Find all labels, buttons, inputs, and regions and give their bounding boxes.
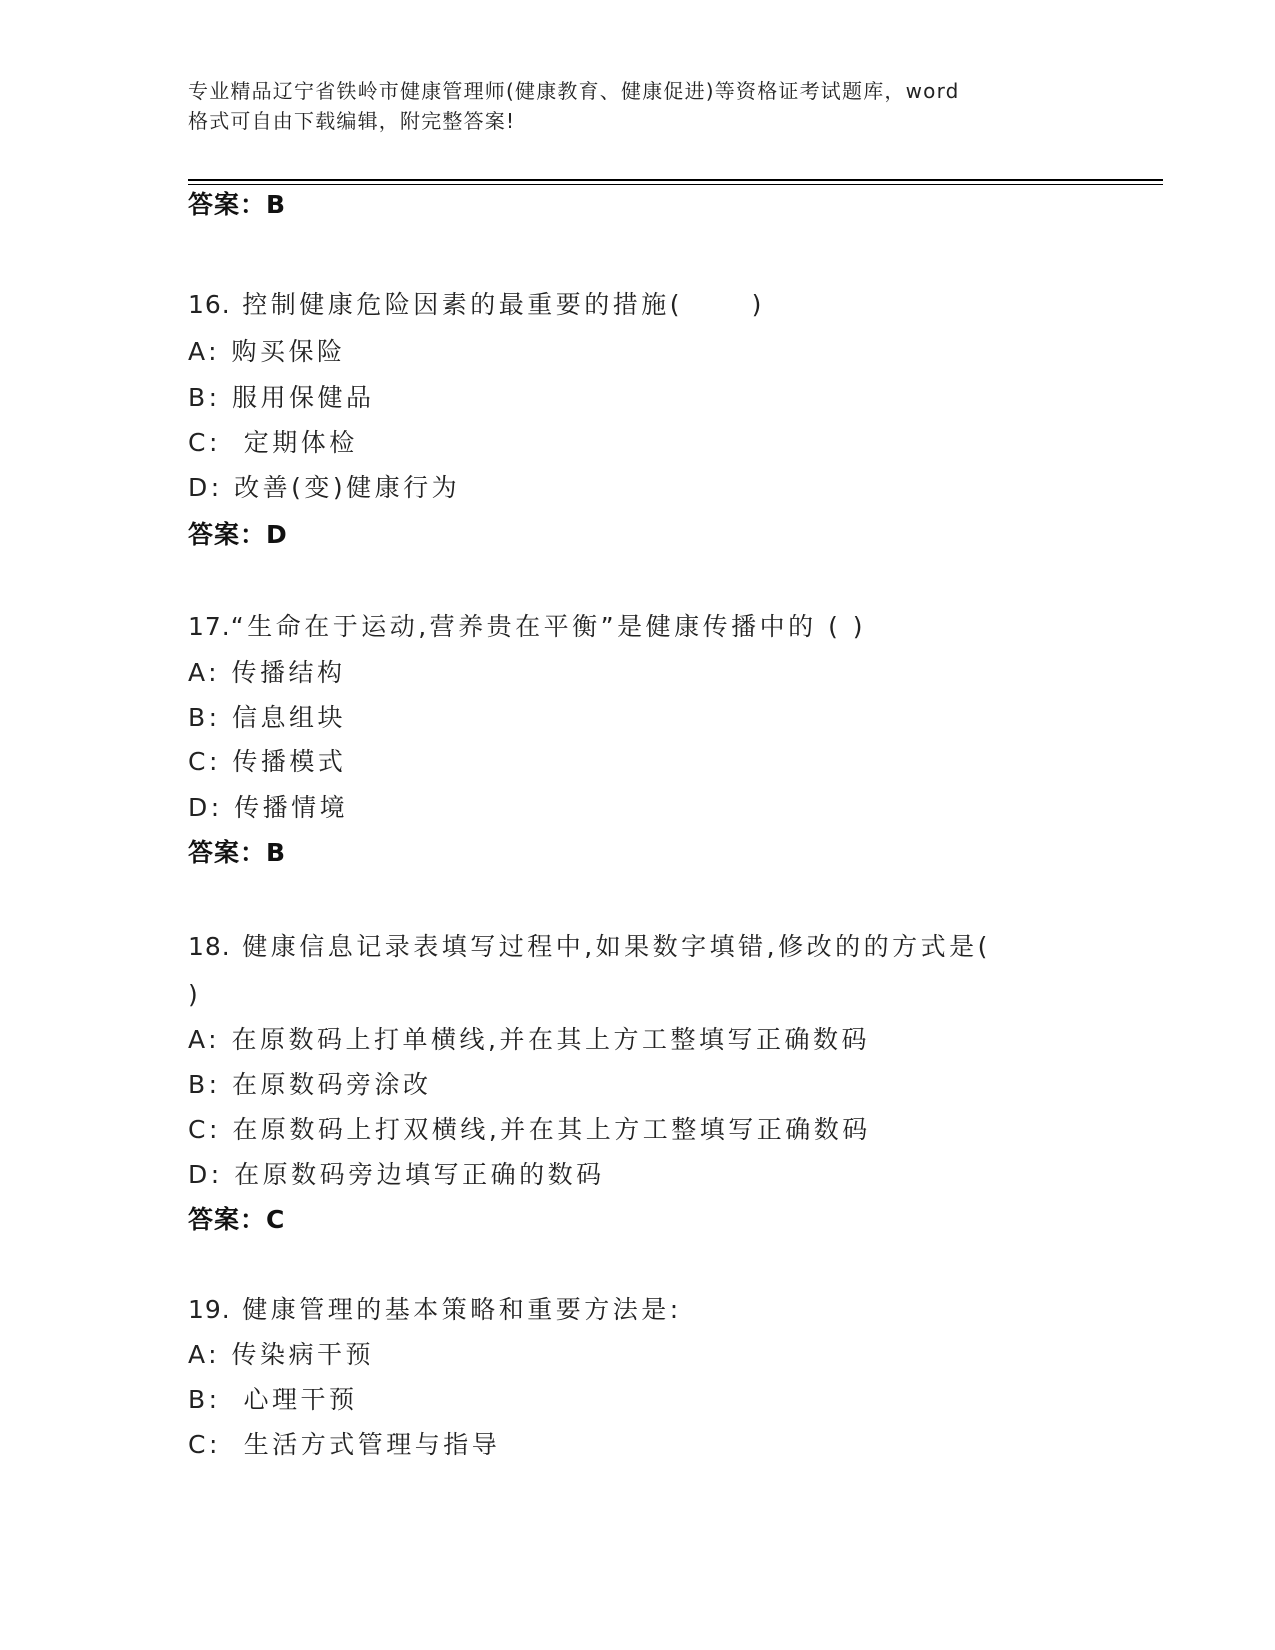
option-label: A:: [188, 337, 220, 366]
option-c: C: 定期体检: [188, 420, 358, 465]
option-a: A: 传播结构: [188, 650, 346, 695]
option-c: C: 生活方式管理与指导: [188, 1422, 500, 1467]
option-text: 定期体检: [221, 428, 358, 457]
option-label: C:: [188, 428, 221, 457]
option-text: 传播情境: [223, 793, 348, 822]
question-number: 16.: [188, 290, 231, 319]
option-text: 心理干预: [221, 1385, 358, 1414]
question-18-stem-continued: ): [188, 972, 201, 1017]
option-label: B:: [188, 1070, 221, 1099]
option-text: 在原数码旁边填写正确的数码: [223, 1160, 605, 1189]
option-c: C: 在原数码上打双横线,并在其上方工整填写正确数码: [188, 1107, 871, 1152]
answer-line: 答案：B: [188, 830, 286, 875]
question-18-stem: 18. 健康信息记录表填写过程中,如果数字填错,修改的的方式是(: [188, 924, 991, 969]
option-label: A:: [188, 1025, 220, 1054]
answer-line: 答案：B: [188, 182, 286, 227]
option-label: C:: [188, 1430, 221, 1459]
option-b: B: 在原数码旁涂改: [188, 1062, 432, 1107]
option-text: 在原数码旁涂改: [221, 1070, 432, 1099]
option-a: A: 在原数码上打单横线,并在其上方工整填写正确数码: [188, 1017, 870, 1062]
option-b: B: 服用保健品: [188, 375, 375, 420]
question-text: 控制健康危险因素的最重要的措施( ): [231, 290, 765, 319]
question-17-stem: 17.“生命在于运动,营养贵在平衡”是健康传播中的 ( ): [188, 604, 866, 649]
option-d: D: 传播情境: [188, 785, 348, 830]
header-line-1: 专业精品辽宁省铁岭市健康管理师(健康教育、健康促进)等资格证考试题库，word: [188, 76, 1088, 106]
option-text: 传播结构: [220, 658, 345, 687]
document-header: 专业精品辽宁省铁岭市健康管理师(健康教育、健康促进)等资格证考试题库，word …: [188, 76, 1088, 136]
option-text: 购买保险: [220, 337, 345, 366]
question-number: 18.: [188, 932, 231, 961]
question-text: 健康管理的基本策略和重要方法是:: [231, 1295, 682, 1324]
option-label: D:: [188, 1160, 223, 1189]
option-label: A:: [188, 1340, 220, 1369]
option-c: C: 传播模式: [188, 739, 346, 784]
option-b: B: 心理干预: [188, 1377, 357, 1422]
option-text: 传播模式: [221, 747, 346, 776]
option-label: C:: [188, 747, 221, 776]
option-a: A: 传染病干预: [188, 1332, 374, 1377]
option-label: A:: [188, 658, 220, 687]
option-label: B:: [188, 703, 221, 732]
question-19-stem: 19. 健康管理的基本策略和重要方法是:: [188, 1287, 682, 1332]
option-label: D:: [188, 473, 223, 502]
option-text: 在原数码上打双横线,并在其上方工整填写正确数码: [221, 1115, 871, 1144]
option-label: C:: [188, 1115, 221, 1144]
question-16-stem: 16. 控制健康危险因素的最重要的措施( ): [188, 282, 765, 327]
option-d: D: 在原数码旁边填写正确的数码: [188, 1152, 605, 1197]
option-text: 服用保健品: [221, 383, 375, 412]
header-divider-thick: [188, 179, 1163, 181]
option-a: A: 购买保险: [188, 329, 346, 374]
option-label: B:: [188, 1385, 221, 1414]
answer-line: 答案：C: [188, 1197, 285, 1242]
option-label: D:: [188, 793, 223, 822]
question-number: 17.: [188, 612, 231, 641]
header-line-2: 格式可自由下载编辑，附完整答案!: [188, 106, 1088, 136]
header-divider-thin: [188, 184, 1163, 185]
option-text: 在原数码上打单横线,并在其上方工整填写正确数码: [220, 1025, 870, 1054]
option-text: 改善(变)健康行为: [223, 473, 460, 502]
question-text: 健康信息记录表填写过程中,如果数字填错,修改的的方式是(: [231, 932, 991, 961]
option-d: D: 改善(变)健康行为: [188, 465, 460, 510]
question-number: 19.: [188, 1295, 231, 1324]
answer-line: 答案：D: [188, 512, 288, 557]
question-text: “生命在于运动,营养贵在平衡”是健康传播中的 ( ): [231, 612, 866, 641]
option-label: B:: [188, 383, 221, 412]
option-text: 信息组块: [221, 703, 346, 732]
option-b: B: 信息组块: [188, 695, 346, 740]
option-text: 生活方式管理与指导: [221, 1430, 500, 1459]
option-text: 传染病干预: [220, 1340, 374, 1369]
